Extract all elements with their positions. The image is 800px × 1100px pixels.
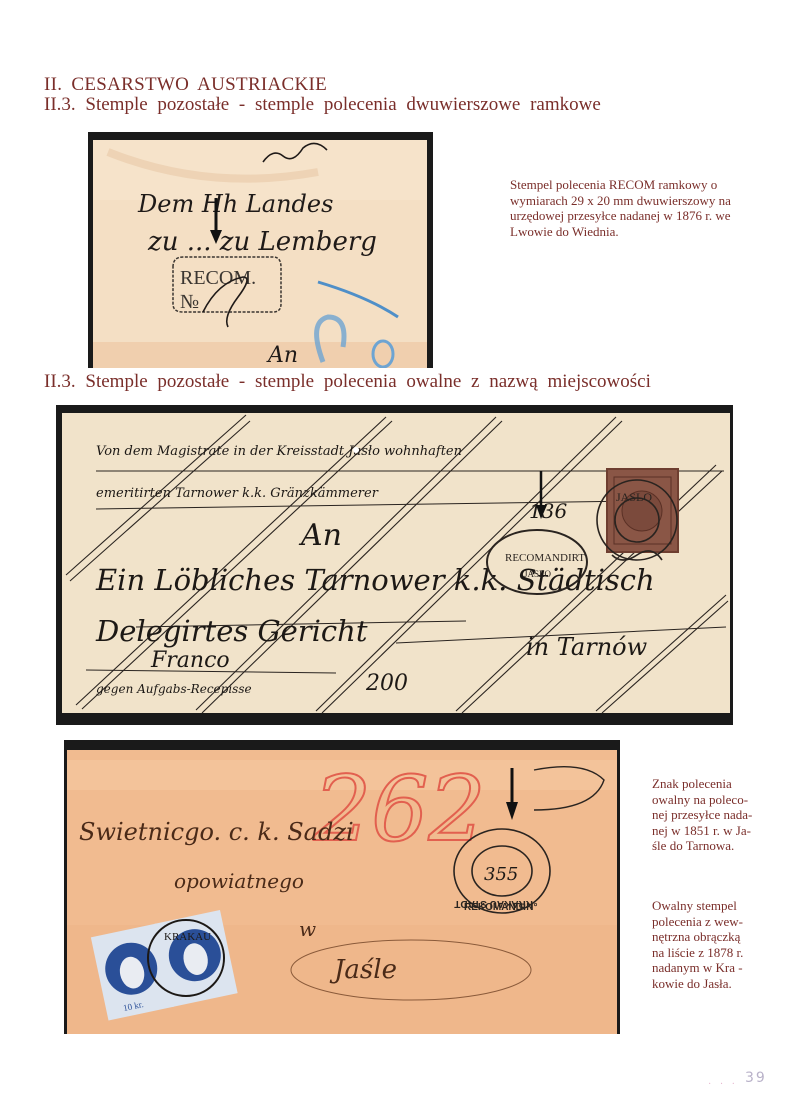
caption-line: polecenia z wew- xyxy=(652,914,762,930)
caption-line: nadanym w Kra - xyxy=(652,960,762,976)
svg-text:136: 136 xyxy=(529,499,567,523)
svg-text:Von dem Magistrate in der Krei: Von dem Magistrate in der Kreisstadt Jas… xyxy=(96,444,462,459)
svg-text:262: 262 xyxy=(313,757,486,862)
caption-line: kowie do Jasła. xyxy=(652,976,762,992)
caption-recom-lwow: Stempel polecenia RECOM ramkowy o wymiar… xyxy=(510,177,750,239)
svg-text:JASLO: JASLO xyxy=(524,569,552,579)
caption-line: śle do Tarnowa. xyxy=(652,838,762,854)
caption-line: nej przesyłce nada- xyxy=(652,807,762,823)
caption-line: wymiarach 29 x 20 mm dwuwierszowy na xyxy=(510,193,750,209)
svg-text:emeritirten Tarnower k.k. Grän: emeritirten Tarnower k.k. Gränzkämmerer xyxy=(96,486,379,501)
caption-line: nętrzna obrączką xyxy=(652,929,762,945)
cover-rekomand-krakau: 262 Swietnicgo. c. k. Sadzi opowiatnego … xyxy=(64,740,620,1034)
svg-text:Franco: Franco xyxy=(150,648,230,673)
svg-text:Jaśle: Jaśle xyxy=(329,955,397,985)
svg-text:opowiatnego: opowiatnego xyxy=(174,869,304,893)
caption-line: Stempel polecenia RECOM ramkowy o xyxy=(510,177,750,193)
caption-rekomand-krakau: Owalny stempel polecenia z wew- nętrzna … xyxy=(652,898,762,991)
svg-text:in Tarnów: in Tarnów xyxy=(526,633,648,661)
svg-text:JASLO: JASLO xyxy=(616,490,652,504)
caption-line: Owalny stempel xyxy=(652,898,762,914)
svg-text:KRAKAU: KRAKAU xyxy=(164,931,211,943)
svg-text:Dem Hh Landes: Dem Hh Landes xyxy=(137,190,333,218)
cover-recom-lwow: RECOM. № Dem Hh Landes zu ... zu Lemberg… xyxy=(88,132,433,368)
caption-line: nej w 1851 r. w Ja- xyxy=(652,823,762,839)
svg-text:355: 355 xyxy=(484,864,518,885)
svg-text:REKOMAND:N°: REKOMAND:N° xyxy=(464,902,537,913)
svg-text:gegen Aufgabs-Recepisse: gegen Aufgabs-Recepisse xyxy=(96,682,252,696)
svg-text:An: An xyxy=(298,518,342,553)
svg-text:zu ... zu Lemberg: zu ... zu Lemberg xyxy=(147,227,377,257)
cover-recomandirt-jaslo: Von dem Magistrate in der Kreisstadt Jas… xyxy=(56,405,733,725)
chapter-title: II. CESARSTWO AUSTRIACKIE xyxy=(44,74,327,96)
caption-line: Lwowie do Wiednia. xyxy=(510,224,750,240)
caption-recomandirt-jaslo: Znak polecenia owalny na poleco- nej prz… xyxy=(652,776,762,854)
svg-text:Ein Löbliches Tarnower k.k. St: Ein Löbliches Tarnower k.k. Städtisch xyxy=(95,563,655,597)
caption-line: Znak polecenia xyxy=(652,776,762,792)
svg-text:An: An xyxy=(266,343,298,368)
page-number: 39 xyxy=(745,1070,767,1086)
caption-line: owalny na poleco- xyxy=(652,792,762,808)
page-number-dots: · · · xyxy=(708,1079,738,1090)
svg-text:w: w xyxy=(299,917,316,941)
caption-line: na liściе z 1878 r. xyxy=(652,945,762,961)
caption-line: urzędowej przesyłce nadanej w 1876 r. we xyxy=(510,208,750,224)
svg-text:Delegirtes Gericht: Delegirtes Gericht xyxy=(95,614,368,648)
svg-text:Swietnicgo. c. k. Sadzi: Swietnicgo. c. k. Sadzi xyxy=(79,818,354,846)
svg-text:RECOMANDIRT: RECOMANDIRT xyxy=(505,552,585,564)
section-title-framed-two-line: II.3. Stemple pozostałe - stemple polece… xyxy=(44,94,601,116)
section-title-oval-with-place: II.3. Stemple pozostałe - stemple polece… xyxy=(44,371,651,393)
svg-text:200: 200 xyxy=(365,671,408,696)
svg-text:№: № xyxy=(180,291,199,313)
